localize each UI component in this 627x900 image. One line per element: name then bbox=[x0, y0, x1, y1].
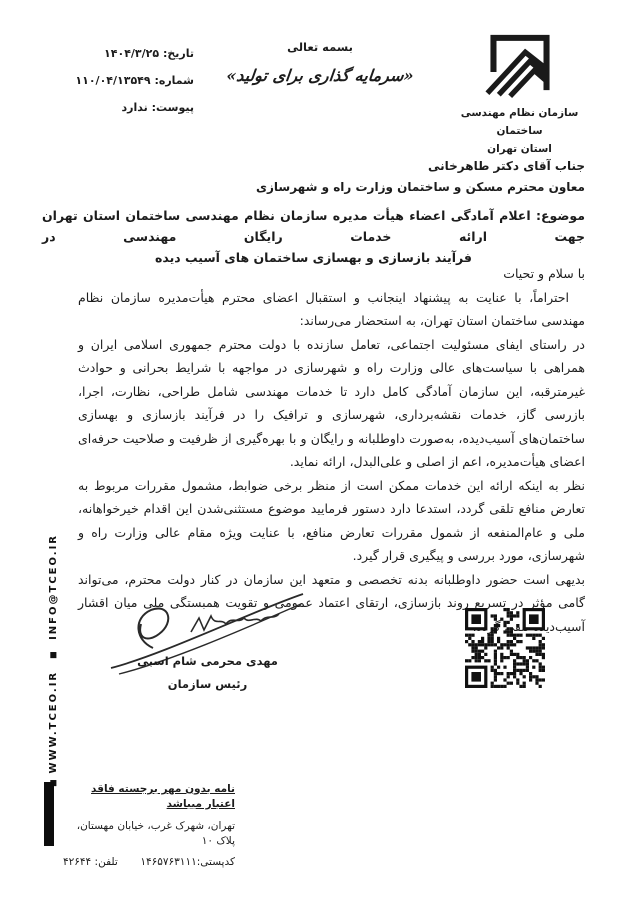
letter-page: تاریخ: ۱۴۰۴/۳/۲۵ شماره: ۱۱۰/۰۴/۱۳۵۴۹ پیو… bbox=[0, 0, 627, 900]
letter-body: با سلام و تحیات احتراماً، با عنایت به پی… bbox=[78, 262, 585, 638]
handwritten-signature bbox=[105, 588, 310, 650]
address-line: تهران، شهرک غرب، خیابان مهستان، پلاک ۱۰ bbox=[63, 819, 235, 849]
footer-black-bar bbox=[44, 782, 54, 846]
body-paragraph-3: نظر به اینکه ارائه این خدمات ممکن است از… bbox=[78, 474, 585, 568]
number-label: شماره: bbox=[154, 74, 194, 87]
year-slogan-calligraphy: «سرمایه گذاری برای تولید» bbox=[224, 66, 416, 85]
letter-meta: تاریخ: ۱۴۰۴/۳/۲۵ شماره: ۱۱۰/۰۴/۱۳۵۴۹ پیو… bbox=[22, 40, 194, 121]
date-value: ۱۴۰۴/۳/۲۵ bbox=[104, 47, 159, 60]
meta-number: شماره: ۱۱۰/۰۴/۱۳۵۴۹ bbox=[22, 67, 194, 94]
signer-name: مهدی محرمی شام اسبی bbox=[105, 650, 310, 673]
subject-label: موضوع: bbox=[536, 208, 585, 223]
vertical-contact-strip: WWW.TCEO.IR INFO@TCEO.IR bbox=[44, 548, 62, 773]
org-name: سازمان نظام مهندسی ساختمان bbox=[437, 104, 602, 140]
postal-phone-line: کدپستی:۱۴۶۵۷۶۳۱۱۱ تلفن: ۴۲۶۴۴ bbox=[63, 855, 235, 870]
website-text: WWW.TCEO.IR bbox=[48, 670, 59, 773]
subject-line1: موضوع: اعلام آمادگی اعضاء هیأت مدیره ساز… bbox=[42, 205, 585, 247]
meta-attachment: پیوست: ندارد bbox=[22, 94, 194, 121]
phone-number: تلفن: ۴۲۶۴۴ bbox=[63, 855, 118, 870]
attachment-value: ندارد bbox=[122, 101, 148, 114]
number-value: ۱۱۰/۰۴/۱۳۵۴۹ bbox=[75, 74, 150, 87]
salutation: با سلام و تحیات bbox=[78, 262, 585, 286]
signature-block: مهدی محرمی شام اسبی رئیس سازمان bbox=[105, 588, 310, 696]
qr-code bbox=[465, 608, 545, 688]
besmeleh-text: بسمه تعالی bbox=[225, 40, 415, 54]
square-bullet-icon bbox=[48, 650, 59, 659]
recipient-name: جناب آقای دکتر طاهرخانی bbox=[42, 156, 585, 177]
vertical-contact-text: WWW.TCEO.IR INFO@TCEO.IR bbox=[48, 534, 59, 788]
meta-date: تاریخ: ۱۴۰۴/۳/۲۵ bbox=[22, 40, 194, 67]
recipient-title: معاون محترم مسکن و ساختمان وزارت راه و ش… bbox=[42, 177, 585, 198]
validity-notice: نامه بدون مهر برجسته فاقد اعتبار میباشد bbox=[63, 782, 235, 812]
header-center: بسمه تعالی «سرمایه گذاری برای تولید» bbox=[225, 40, 415, 85]
footer-block: نامه بدون مهر برجسته فاقد اعتبار میباشد … bbox=[44, 782, 235, 870]
body-paragraph-2: در راستای ایفای مسئولیت اجتماعی، تعامل س… bbox=[78, 333, 585, 474]
letterhead: سازمان نظام مهندسی ساختمان استان تهران bbox=[437, 28, 602, 158]
email-text: INFO@TCEO.IR bbox=[48, 534, 59, 640]
subject-text-1: اعلام آمادگی اعضاء هیأت مدیره سازمان نظا… bbox=[42, 208, 585, 244]
postal-code: کدپستی:۱۴۶۵۷۶۳۱۱۱ bbox=[140, 855, 235, 870]
handshake-logo-icon bbox=[437, 28, 602, 100]
date-label: تاریخ: bbox=[163, 47, 194, 60]
recipient-block: جناب آقای دکتر طاهرخانی معاون محترم مسکن… bbox=[42, 156, 585, 198]
footer-text: نامه بدون مهر برجسته فاقد اعتبار میباشد … bbox=[63, 782, 235, 870]
attachment-label: پیوست: bbox=[152, 101, 194, 114]
subject-block: موضوع: اعلام آمادگی اعضاء هیأت مدیره ساز… bbox=[42, 205, 585, 268]
body-paragraph-1: احتراماً، با عنایت به پیشنهاد اینجانب و … bbox=[78, 286, 585, 333]
